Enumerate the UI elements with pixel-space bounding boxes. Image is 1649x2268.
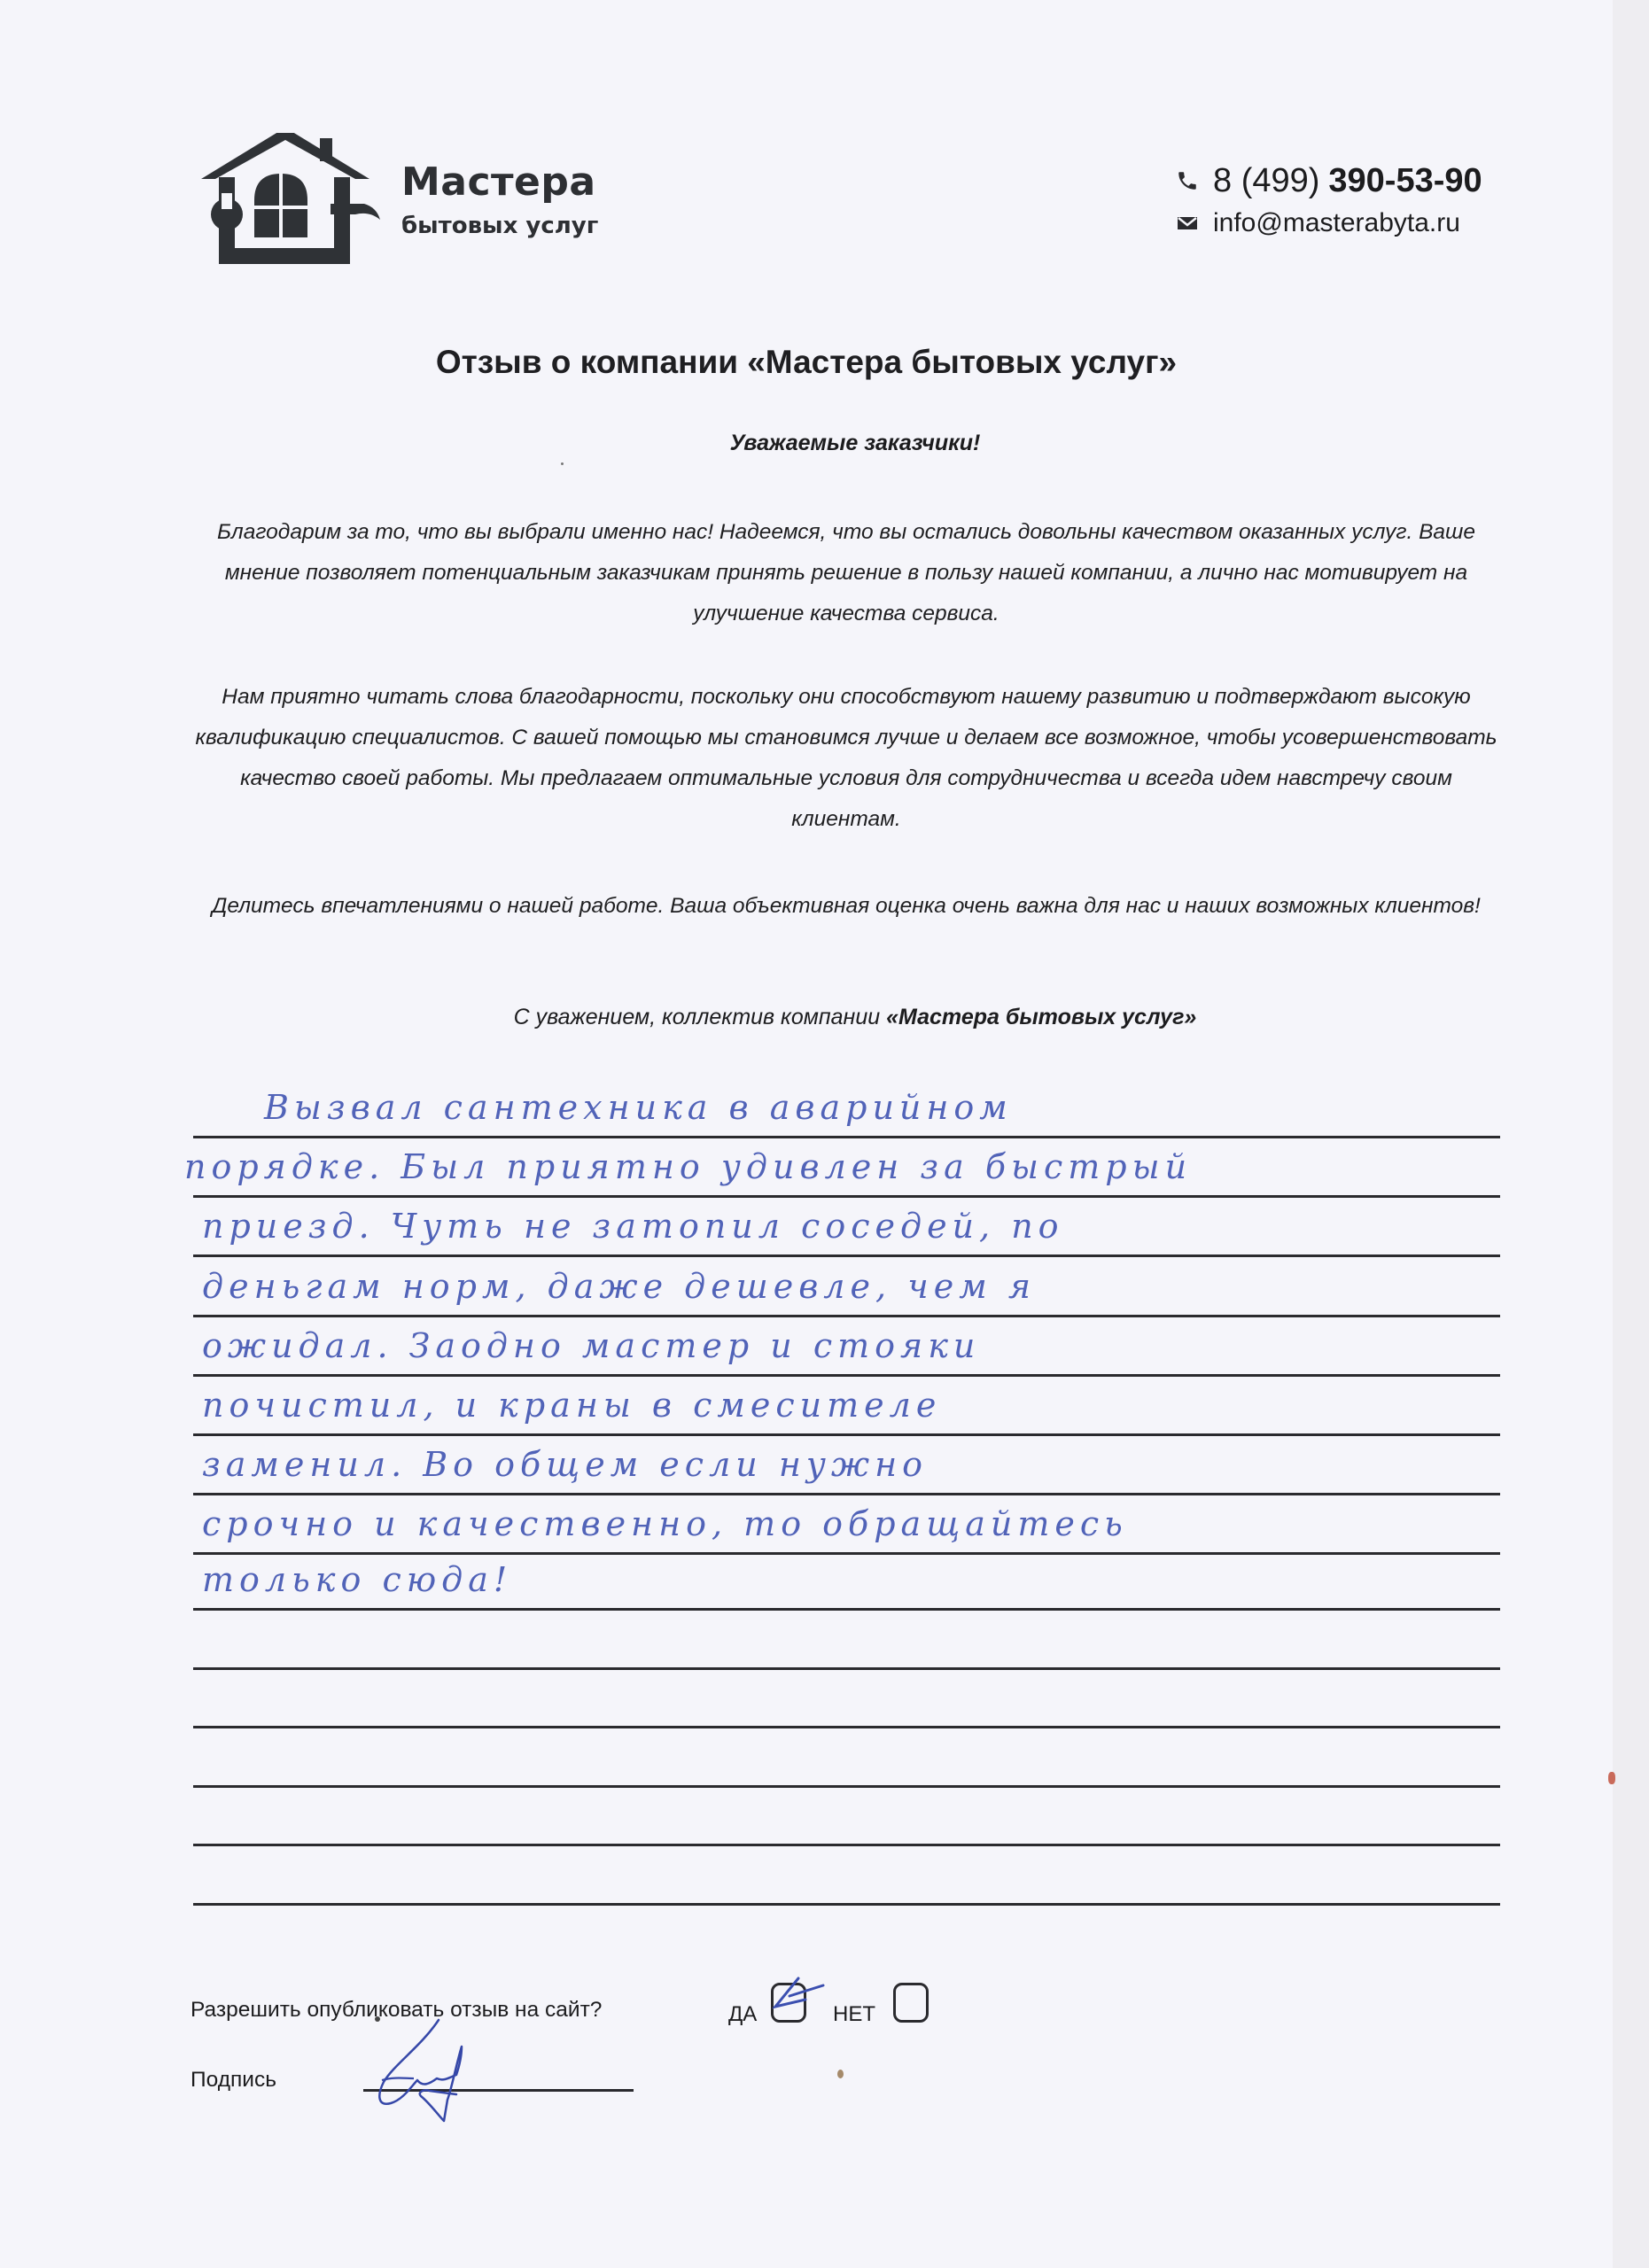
handwritten-line: Вызвал сантехника в аварийном xyxy=(264,1088,1611,1141)
no-checkbox[interactable] xyxy=(893,1983,929,2023)
handwritten-line: деньгам норм, даже дешевле, чем я xyxy=(202,1267,1549,1320)
handwritten-line: порядке. Был приятно удивлен за быстрый xyxy=(184,1147,1531,1200)
scan-speck xyxy=(375,2016,380,2022)
scan-speck xyxy=(561,462,564,465)
scan-speck xyxy=(1608,1772,1615,1784)
handwritten-line: заменил. Во общем если нужно xyxy=(202,1445,1549,1498)
publish-consent: Разрешить опубликовать отзыв на сайт? ДА… xyxy=(191,1993,988,2047)
review-line xyxy=(193,1667,1500,1670)
no-label: НЕТ xyxy=(833,2002,875,2027)
review-line xyxy=(193,1785,1500,1788)
handwritten-line: срочно и качественно, то обращайтесь xyxy=(202,1504,1549,1557)
handwritten-line: ожидал. Заодно мастер и стояки xyxy=(202,1326,1549,1379)
signature-scrawl-icon xyxy=(359,2011,536,2135)
signature-label: Подпись xyxy=(191,2068,276,2093)
scan-edge xyxy=(1613,0,1649,2268)
review-line xyxy=(193,1726,1500,1728)
yes-label: ДА xyxy=(728,2002,757,2027)
review-line xyxy=(193,1903,1500,1906)
yes-checkbox[interactable] xyxy=(771,1983,806,2023)
review-text-area[interactable]: Вызвал сантехника в аварийном порядке. Б… xyxy=(193,0,1500,1949)
handwritten-line: только сюда! xyxy=(202,1560,1549,1613)
handwritten-line: почистил, и краны в смесителе xyxy=(202,1386,1549,1439)
review-line xyxy=(193,1844,1500,1846)
review-form-sheet: Мастера бытовых услуг 8 (499) 390-53-90 … xyxy=(0,0,1613,2268)
handwritten-line: приезд. Чуть не затопил соседей, по xyxy=(202,1207,1549,1260)
scan-speck xyxy=(837,2070,844,2078)
